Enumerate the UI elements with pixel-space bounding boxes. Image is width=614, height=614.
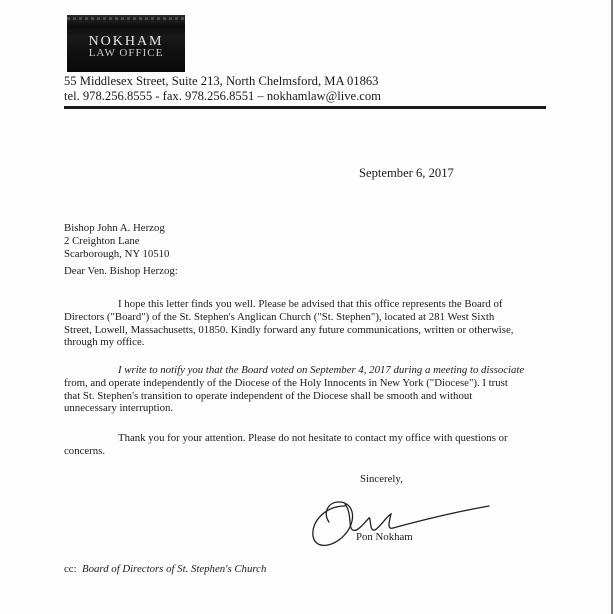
recipient-city: Scarborough, NY 10510 [64,248,169,261]
closing: Sincerely, [360,473,403,485]
logo-subtitle: LAW OFFICE [67,48,185,59]
handwritten-signature-icon [305,492,495,552]
salutation: Dear Ven. Bishop Herzog: [64,265,178,278]
page-edge-border [611,0,613,614]
cc-line: cc: Board of Directors of St. Stephen's … [64,563,266,575]
p1-line-1: I hope this letter finds you well. Pleas… [118,298,503,310]
p2-line-3: that St. Stephen's transition to operate… [64,390,524,403]
cc-recipient: Board of Directors of St. Stephen's Chur… [82,563,266,575]
p3-line-2: concerns. [64,445,508,458]
law-office-logo-icon: NOKHAM LAW OFFICE [67,15,185,72]
recipient-street: 2 Creighton Lane [64,235,169,248]
paragraph-2: I write to notify you that the Board vot… [64,364,524,415]
letter-date: September 6, 2017 [359,166,454,181]
cc-label: cc: [64,563,77,575]
recipient-name: Bishop John A. Herzog [64,222,169,235]
paragraph-3: Thank you for your attention. Please do … [64,432,508,458]
p3-line-1: Thank you for your attention. Please do … [118,432,508,444]
letter-page: NOKHAM LAW OFFICE 55 Middlesex Street, S… [0,0,614,614]
p1-line-3: Street, Lowell, Massachusetts, 01850. Ki… [64,324,513,337]
p1-line-2: Directors ("Board") of the St. Stephen's… [64,311,513,324]
recipient-block: Bishop John A. Herzog 2 Creighton Lane S… [64,222,169,260]
p2-line-2: from, and operate independently of the D… [64,377,524,390]
letterhead-address: 55 Middlesex Street, Suite 213, North Ch… [64,74,378,89]
p2-line-4: unnecessary interruption. [64,402,524,415]
letterhead-contact: tel. 978.256.8555 - fax. 978.256.8551 – … [64,89,381,104]
header-divider [64,106,546,109]
paragraph-1: I hope this letter finds you well. Pleas… [64,298,513,349]
p2-line-1: I write to notify you that the Board vot… [118,364,524,376]
signer-name: Pon Nokham [356,531,413,543]
logo-stripe [67,17,185,20]
p1-line-4: through my office. [64,336,513,349]
